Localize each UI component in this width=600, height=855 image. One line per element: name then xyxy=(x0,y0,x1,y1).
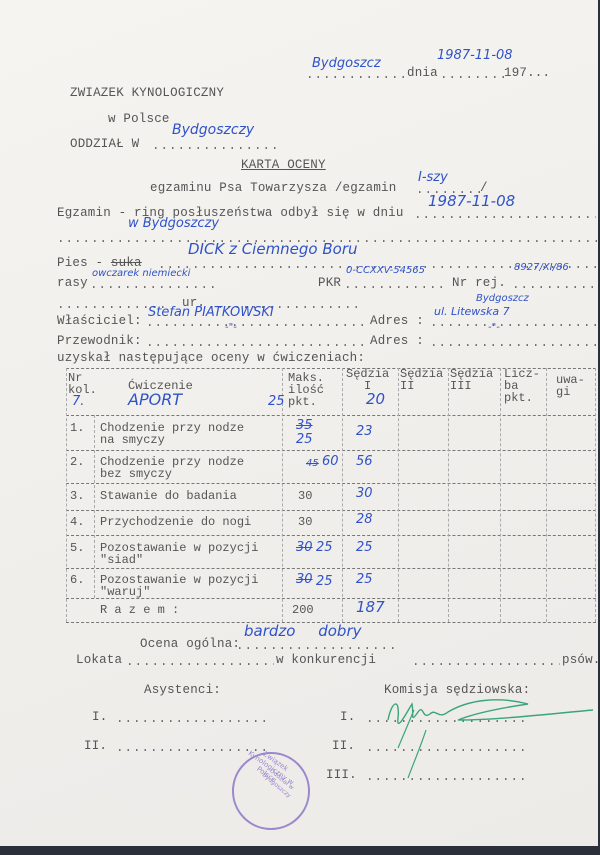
row6-exercise: Pozostawanie w pozycji "waruj" xyxy=(100,574,258,598)
row5-exercise: Pozostawanie w pozycji "siad" xyxy=(100,542,258,566)
row1-nr: 1. xyxy=(70,422,84,434)
row2-max: 60 xyxy=(322,454,339,469)
overall-handwritten: bardzo dobry xyxy=(244,622,362,640)
signature-tail-icon xyxy=(400,730,430,780)
org-line1: ZWIAZEK KYNOLOGICZNY xyxy=(70,86,224,100)
branch-label: ODDZIAŁ W xyxy=(70,137,139,151)
row4-max: 30 xyxy=(298,516,312,528)
row1-max: 25 xyxy=(296,432,313,447)
pkr-dots: .............. xyxy=(344,278,448,292)
reg-dots: ........... xyxy=(512,278,596,292)
row2-nr: 2. xyxy=(70,456,84,468)
row5-max: 25 xyxy=(316,540,333,555)
extra-row-exercise-handwritten: APORT xyxy=(128,390,182,409)
date-label: dnia xyxy=(407,66,438,80)
handler-address-dots: ...................... xyxy=(430,336,596,350)
branch-handwritten: Bydgoszczy xyxy=(172,122,254,138)
row1-judge1: 23 xyxy=(356,424,373,439)
place-label: Lokata xyxy=(76,653,122,667)
row4-exercise: Przychodzenie do nogi xyxy=(100,516,251,528)
place-dots: .............. xyxy=(306,68,406,82)
results-intro: uzyskał następujące oceny w ćwiczeniach: xyxy=(57,351,365,365)
header-notes: uwa- gi xyxy=(556,374,585,398)
official-stamp: Związek Kynologiczny w Polsce Oddział w … xyxy=(232,752,310,830)
row6-nr: 6. xyxy=(70,574,84,586)
extra-row-max-handwritten: 25 xyxy=(268,394,285,409)
breed-label: rasy xyxy=(57,276,88,290)
exam-place-handwritten: w Bydgoszczy xyxy=(128,216,219,231)
pkr-handwritten: 0-CCXXV-54565 xyxy=(346,265,425,276)
row4-judge1: 28 xyxy=(356,512,373,527)
committee-2-label: II. xyxy=(332,739,355,753)
row6-max: 25 xyxy=(316,574,333,589)
row3-nr: 3. xyxy=(70,490,84,502)
row5-max-struck: 30 xyxy=(296,540,313,555)
date-handwritten: 1987-11-08 xyxy=(437,48,513,63)
exam-held-label: Egzamin - ring posłuszeństwa odbył się w… xyxy=(57,206,404,220)
row3-judge1: 30 xyxy=(356,486,373,501)
exam-subtitle: egzaminu Psa Towarzysza /egzamin xyxy=(150,181,396,195)
handler-label: Przewodnik: xyxy=(57,334,142,348)
owner-label: Właściciel: xyxy=(57,314,142,328)
dog-name-handwritten: DICK z Ciemnego Boru xyxy=(188,240,358,258)
row2-max-struck: 45 xyxy=(306,458,319,469)
row3-max: 30 xyxy=(298,490,312,502)
row5-judge1: 25 xyxy=(356,540,373,555)
overall-label: Ocena ogólna: xyxy=(140,637,240,651)
competition-label: w konkurencji xyxy=(276,653,376,667)
handler-address-label: Adres : xyxy=(370,334,424,348)
year-suffix: 197... xyxy=(504,66,550,80)
handler-address-handwritten: -"- xyxy=(488,322,500,333)
branch-dots: .................. xyxy=(152,139,282,153)
extra-row-nr-handwritten: 7. xyxy=(72,394,84,409)
header-max: Maks. ilość pkt. xyxy=(288,372,324,408)
committee-3-label: III. xyxy=(326,768,357,782)
owner-address-dots: ...................... xyxy=(430,316,596,330)
row6-max-struck: 30 xyxy=(296,572,313,587)
pkr-label: PKR xyxy=(318,276,341,290)
total-label: R a z e m : xyxy=(100,604,179,616)
place-rank-dots: .................... xyxy=(126,655,274,669)
header-judge3: Sędzia III xyxy=(450,368,493,392)
exam-held-date-handwritten: 1987-11-08 xyxy=(428,192,515,210)
org-line2: w Polsce xyxy=(108,112,170,126)
reg-handwritten: 8927/XI/86 xyxy=(514,262,569,273)
row2-exercise: Chodzenie przy nodze bez smyczy xyxy=(100,456,244,480)
assistant-2-label: II. xyxy=(84,739,107,753)
row5-nr: 5. xyxy=(70,542,84,554)
page-title: KARTA OCENY xyxy=(241,158,326,172)
assistant-1-dots: .................... xyxy=(116,712,266,726)
competition-dots: .................... xyxy=(412,655,560,669)
assistants-label: Asystenci: xyxy=(144,683,221,697)
assistant-1-label: I. xyxy=(92,710,107,724)
reg-label: Nr rej. xyxy=(452,276,506,290)
owner-address-label: Adres : xyxy=(370,314,424,328)
row4-nr: 4. xyxy=(70,516,84,528)
extra-row-judge1-handwritten: 20 xyxy=(366,390,385,408)
row2-judge1: 56 xyxy=(356,454,373,469)
committee-1-label: I. xyxy=(340,710,355,724)
dogs-label: psów. xyxy=(562,653,600,667)
row3-exercise: Stawanie do badania xyxy=(100,490,237,502)
header-nr: Nr kol. xyxy=(68,372,97,396)
overall-dots: ...................... xyxy=(236,639,396,653)
handler-dots: ............................. xyxy=(146,336,364,350)
committee-3-dots: ...................... xyxy=(366,770,526,784)
row1-max-struck: 35 xyxy=(296,418,313,433)
owner-city-handwritten: Bydgoszcz xyxy=(476,293,529,304)
total-judge1: 187 xyxy=(356,598,385,616)
exam-held-dots: ......................... xyxy=(414,208,596,222)
row6-judge1: 25 xyxy=(356,572,373,587)
breed-dots: ................. xyxy=(90,278,218,292)
total-max: 200 xyxy=(292,604,314,616)
row1-exercise: Chodzenie przy nodze na smyczy xyxy=(100,422,244,446)
header-total: Licz- ba pkt. xyxy=(504,368,540,404)
header-judge2: Sędzia II xyxy=(400,368,443,392)
header-judge1: Sędzia I xyxy=(346,368,389,392)
date-dots: ......... xyxy=(440,68,505,82)
owner-dots: ............................. xyxy=(146,316,364,330)
evaluation-card-document: Bydgoszcz .............. dnia 1987-11-08… xyxy=(0,0,598,846)
handler-name-handwritten: -"- xyxy=(225,322,237,333)
